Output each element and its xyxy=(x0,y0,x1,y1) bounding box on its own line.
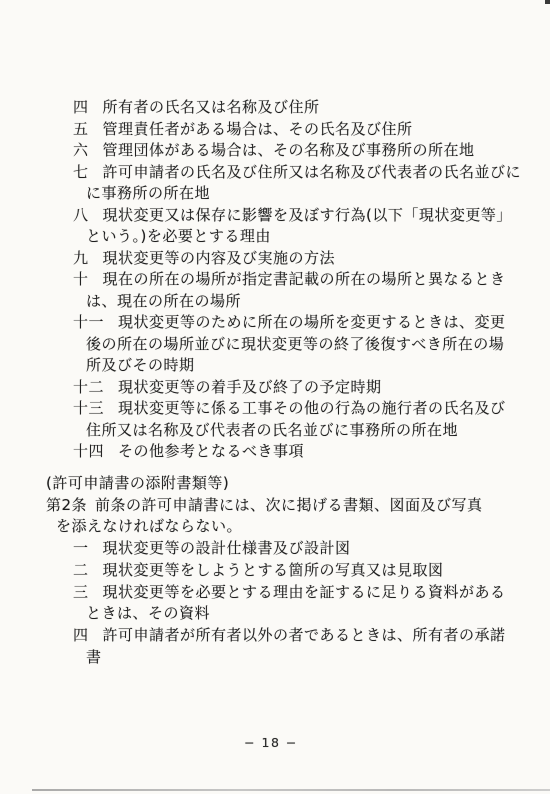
item-text: 現状変更又は保存に影響を及ぼす行為(以下「現状変更等」 xyxy=(103,206,512,224)
item-text-continuation: 住所又は名称及び代表者の氏名並びに事務所の所在地 xyxy=(0,420,550,442)
list-item-first-line: 一現状変更等の設計仕様書及び設計図 xyxy=(0,538,550,560)
scanned-document-page: 四所有者の氏名又は名称及び住所五管理責任者がある場合は、その氏名及び住所六管理団… xyxy=(0,0,550,794)
list-item-first-line: 十四その他参考となるべき事項 xyxy=(0,441,550,463)
item-text: 現状変更等を必要とする理由を証するに足りる資料がある xyxy=(103,583,506,601)
item-text-continuation: に事務所の所在地 xyxy=(0,183,550,205)
item-number: 九 xyxy=(73,248,89,270)
item-number: 三 xyxy=(73,582,89,604)
item-text: 現状変更等の設計仕様書及び設計図 xyxy=(103,539,351,557)
item-text: 管理責任者がある場合は、その氏名及び住所 xyxy=(103,120,413,138)
list-item-first-line: 十一現状変更等のために所在の場所を変更するときは、変更 xyxy=(0,312,550,334)
list-item-first-line: 七許可申請者の氏名及び住所又は名称及び代表者の氏名並びに xyxy=(0,162,550,184)
item-text: 許可申請者の氏名及び住所又は名称及び代表者の氏名並びに xyxy=(103,163,522,181)
item-number: 六 xyxy=(73,140,89,162)
article2-clause: 第2条前条の許可申請書には、次に掲げる書類、図面及び写真 を添えなければならない… xyxy=(0,495,550,538)
list-item: 四所有者の氏名又は名称及び住所 xyxy=(0,97,550,119)
scan-edge-artifact xyxy=(32,789,550,791)
item-text: 現状変更等の内容及び実施の方法 xyxy=(103,249,336,267)
list-item-first-line: 十三現状変更等に係る工事その他の行為の施行者の氏名及び xyxy=(0,398,550,420)
article2-text: 前条の許可申請書には、次に掲げる書類、図面及び写真 xyxy=(95,496,483,514)
list-item: 三現状変更等を必要とする理由を証するに足りる資料があるときは、その資料 xyxy=(0,582,550,625)
item-number: 十二 xyxy=(73,377,104,399)
item-number: 四 xyxy=(73,97,89,119)
list-item-first-line: 十二現状変更等の着手及び終了の予定時期 xyxy=(0,377,550,399)
item-text: 所有者の氏名又は名称及び住所 xyxy=(103,98,320,116)
list-item: 十二現状変更等の着手及び終了の予定時期 xyxy=(0,377,550,399)
list-item: 四許可申請者が所有者以外の者であるときは、所有者の承諾書 xyxy=(0,625,550,668)
item-text-continuation: 書 xyxy=(0,647,550,669)
item-number: 五 xyxy=(73,119,89,141)
list-item-first-line: 四許可申請者が所有者以外の者であるときは、所有者の承諾 xyxy=(0,625,550,647)
list-item: 九現状変更等の内容及び実施の方法 xyxy=(0,248,550,270)
list-item-first-line: 四所有者の氏名又は名称及び住所 xyxy=(0,97,550,119)
article2-block: (許可申請書の添附書類等) 第2条前条の許可申請書には、次に掲げる書類、図面及び… xyxy=(0,473,550,668)
item-number: 八 xyxy=(73,205,89,227)
item-number: 十四 xyxy=(73,441,104,463)
list-item: 十三現状変更等に係る工事その他の行為の施行者の氏名及び住所又は名称及び代表者の氏… xyxy=(0,398,550,441)
item-number: 七 xyxy=(73,162,89,184)
item-number: 二 xyxy=(73,560,89,582)
item-text-continuation: という。)を必要とする理由 xyxy=(0,226,550,248)
list-item: 二現状変更等をしようとする箇所の写真又は見取図 xyxy=(0,560,550,582)
item-text-continuation: 所及びその時期 xyxy=(0,355,550,377)
item-text: 現状変更等の着手及び終了の予定時期 xyxy=(118,378,382,396)
item-number: 一 xyxy=(73,538,89,560)
item-text: 現状変更等のために所在の場所を変更するときは、変更 xyxy=(118,313,506,331)
article2-number: 第2条 xyxy=(46,495,87,517)
item-text: 管理団体がある場合は、その名称及び事務所の所在地 xyxy=(103,141,475,159)
list-item: 十一現状変更等のために所在の場所を変更するときは、変更後の所在の場所並びに現状変… xyxy=(0,312,550,377)
list-item-first-line: 十現在の所在の場所が指定書記載の所在の場所と異なるとき xyxy=(0,269,550,291)
item-text-continuation: は、現在の所在の場所 xyxy=(0,291,550,313)
item-number: 十一 xyxy=(73,312,104,334)
list-item-first-line: 九現状変更等の内容及び実施の方法 xyxy=(0,248,550,270)
item-number: 四 xyxy=(73,625,89,647)
list-item: 六管理団体がある場合は、その名称及び事務所の所在地 xyxy=(0,140,550,162)
article2-text-continuation: を添えなければならない。 xyxy=(0,516,550,538)
page-number: − 18 − xyxy=(0,735,542,750)
list-item: 八現状変更又は保存に影響を及ぼす行為(以下「現状変更等」という。)を必要とする理… xyxy=(0,205,550,248)
item-text: その他参考となるべき事項 xyxy=(118,442,304,460)
list-item-first-line: 五管理責任者がある場合は、その氏名及び住所 xyxy=(0,119,550,141)
list-item: 十四その他参考となるべき事項 xyxy=(0,441,550,463)
article1-item-list: 四所有者の氏名又は名称及び住所五管理責任者がある場合は、その氏名及び住所六管理団… xyxy=(0,97,550,463)
list-item: 七許可申請者の氏名及び住所又は名称及び代表者の氏名並びにに事務所の所在地 xyxy=(0,162,550,205)
item-number: 十 xyxy=(73,269,89,291)
list-item-first-line: 八現状変更又は保存に影響を及ぼす行為(以下「現状変更等」 xyxy=(0,205,550,227)
list-item-first-line: 二現状変更等をしようとする箇所の写真又は見取図 xyxy=(0,560,550,582)
item-text: 許可申請者が所有者以外の者であるときは、所有者の承諾 xyxy=(103,626,506,644)
item-text-continuation: ときは、その資料 xyxy=(0,603,550,625)
list-item: 一現状変更等の設計仕様書及び設計図 xyxy=(0,538,550,560)
article2-heading: (許可申請書の添附書類等) xyxy=(0,473,550,495)
scan-speck-artifact xyxy=(545,0,550,4)
list-item-first-line: 三現状変更等を必要とする理由を証するに足りる資料がある xyxy=(0,582,550,604)
item-text: 現状変更等をしようとする箇所の写真又は見取図 xyxy=(103,561,444,579)
item-text: 現状変更等に係る工事その他の行為の施行者の氏名及び xyxy=(118,399,506,417)
list-item-first-line: 六管理団体がある場合は、その名称及び事務所の所在地 xyxy=(0,140,550,162)
list-item: 五管理責任者がある場合は、その氏名及び住所 xyxy=(0,119,550,141)
article2-item-list: 一現状変更等の設計仕様書及び設計図二現状変更等をしようとする箇所の写真又は見取図… xyxy=(0,538,550,668)
article2-first-line: 第2条前条の許可申請書には、次に掲げる書類、図面及び写真 xyxy=(0,495,550,517)
list-item: 十現在の所在の場所が指定書記載の所在の場所と異なるときは、現在の所在の場所 xyxy=(0,269,550,312)
item-text-continuation: 後の所在の場所並びに現状変更等の終了後復すべき所在の場 xyxy=(0,334,550,356)
item-text: 現在の所在の場所が指定書記載の所在の場所と異なるとき xyxy=(103,270,506,288)
item-number: 十三 xyxy=(73,398,104,420)
